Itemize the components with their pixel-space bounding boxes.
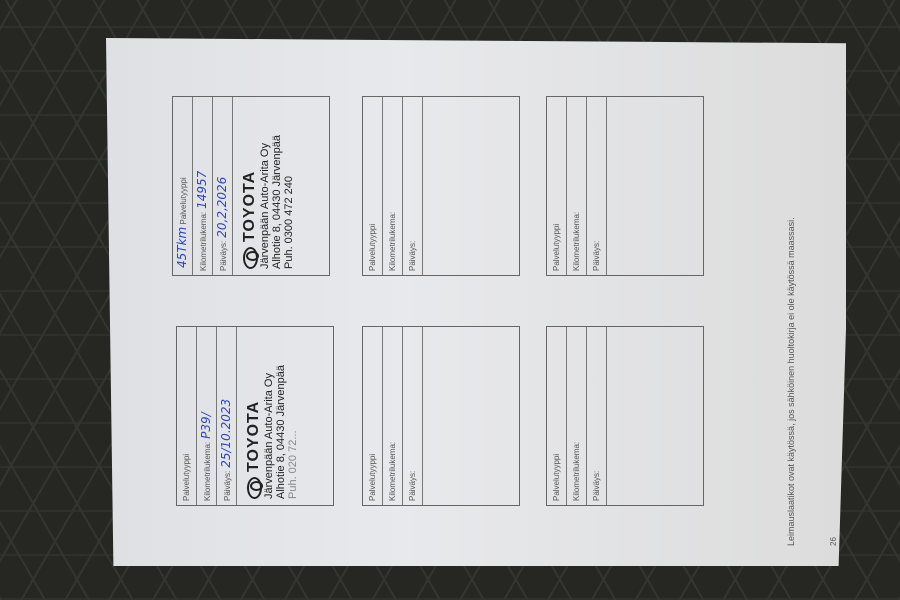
date-value: 20,2,2026 <box>215 177 229 238</box>
service-stamp-box-1: Palvelutyyppi Kilometrilukema:P39/ Päivä… <box>176 326 334 506</box>
odometer-value: 14957 <box>195 171 209 209</box>
service-booklet-page: Palvelutyyppi Kilometrilukema:P39/ Päivä… <box>106 38 846 566</box>
odometer-label: Kilometrilukema: <box>388 442 397 501</box>
service-type-label: Palvelutyyppi <box>368 224 377 271</box>
date-label: Päiväys: <box>408 471 417 501</box>
toyota-logo-icon <box>243 247 258 269</box>
stamp-dealer: Järvenpään Auto-Arita Oy <box>263 333 275 499</box>
page-number: 26 <box>829 537 838 546</box>
date-label: Päiväys: <box>592 241 601 271</box>
odometer-label: Kilometrilukema: <box>203 442 212 501</box>
stamp-phone: Puh. 020 72... <box>287 333 299 499</box>
date-label: Päiväys: <box>223 471 232 501</box>
dealer-stamp: TOYOTA Järvenpään Auto-Arita Oy Alhotie … <box>233 97 303 275</box>
odometer-label: Kilometrilukema: <box>572 212 581 271</box>
odometer-label: Kilometrilukema: <box>572 442 581 501</box>
date-label: Päiväys: <box>408 241 417 271</box>
date-label: Päiväys: <box>219 241 228 271</box>
stamp-address: Alhotie 8, 04430 Järvenpää <box>271 103 283 269</box>
service-type-label: Palvelutyyppi <box>182 454 191 501</box>
odometer-value: P39/ <box>199 412 213 439</box>
service-type-label: Palvelutyyppi <box>552 224 561 271</box>
service-type-label: Palvelutyyppi <box>179 177 188 224</box>
stamp-dealer: Järvenpään Auto-Arita Oy <box>259 103 271 269</box>
service-type-label: Palvelutyyppi <box>552 454 561 501</box>
service-stamp-box-5: Palvelutyyppi Kilometrilukema: Päiväys: <box>546 326 704 506</box>
date-value: 25/10.2023 <box>219 399 233 468</box>
stamp-address: Alhotie 8, 04430 Järvenpää <box>275 333 287 499</box>
service-type-value: 45Tkm <box>175 227 189 268</box>
service-stamp-box-2: 45Tkm Palvelutyyppi Kilometrilukema:1495… <box>172 96 330 276</box>
service-type-label: Palvelutyyppi <box>368 454 377 501</box>
odometer-label: Kilometrilukema: <box>199 212 208 271</box>
service-stamp-box-4: Palvelutyyppi Kilometrilukema: Päiväys: <box>362 96 520 276</box>
toyota-logo-icon <box>247 477 262 499</box>
service-stamp-box-3: Palvelutyyppi Kilometrilukema: Päiväys: <box>362 326 520 506</box>
footer-note: Leimauslaatikot ovat käytössä, jos sähkö… <box>786 217 796 546</box>
stamp-brand: TOYOTA <box>241 171 259 242</box>
service-stamp-box-6: Palvelutyyppi Kilometrilukema: Päiväys: <box>546 96 704 276</box>
dealer-stamp: TOYOTA Järvenpään Auto-Arita Oy Alhotie … <box>237 327 307 505</box>
stamp-phone: Puh. 0300 472 240 <box>283 103 295 269</box>
date-label: Päiväys: <box>592 471 601 501</box>
stamp-brand: TOYOTA <box>245 401 263 472</box>
odometer-label: Kilometrilukema: <box>388 212 397 271</box>
